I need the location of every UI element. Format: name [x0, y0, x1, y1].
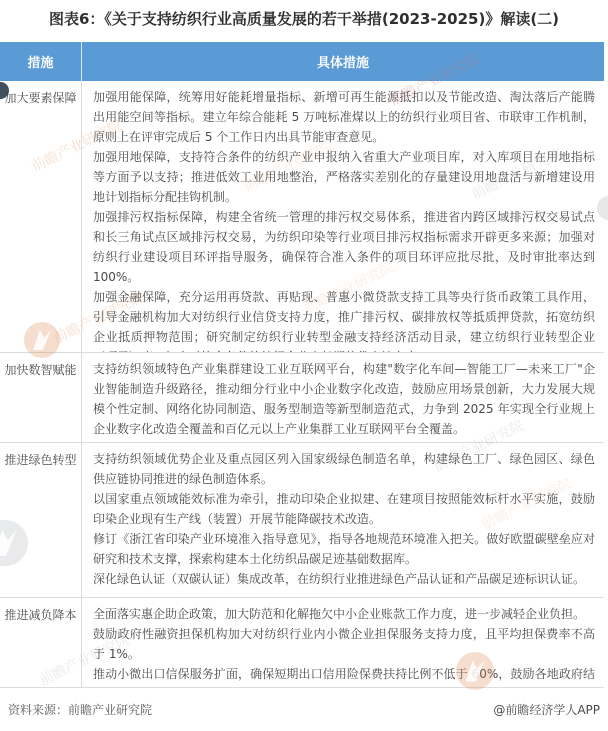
measure-cell: 加大要素保障 [0, 81, 82, 352]
detail-paragraph: 推动小微出口信保服务扩面，确保短期出口信用险保费扶持比例不低于 60%，鼓励各地… [93, 664, 595, 688]
measure-cell: 加快数智赋能 [0, 353, 82, 442]
figure-footer: 资料来源：前瞻产业研究院 @前瞻经济学人APP [0, 701, 608, 718]
detail-paragraph: 深化绿色认证（双碳认证）集成改革，在纺织行业推进绿色产品认证和产品碳足迹标识认证… [93, 569, 595, 589]
detail-paragraph: 加强用能保障，统筹用好能耗增量指标、新增可再生能源抵扣以及节能改造、淘汰落后产能… [93, 87, 595, 147]
source-note: 资料来源：前瞻产业研究院 [8, 701, 152, 718]
details-cell: 全面落实惠企助企政策，加大防范和化解拖欠中小企业账款工作力度，进一步减轻企业负担… [82, 598, 604, 687]
detail-paragraph: 支持纺织领域优势企业及重点园区列入国家级绿色制造名单，构建绿色工厂、绿色园区、绿… [93, 449, 595, 489]
table-row: 推进减负降本 全面落实惠企助企政策，加大防范和化解拖欠中小企业账款工作力度，进一… [0, 598, 604, 688]
details-cell: 支持纺织领域特色产业集群建设工业互联网平台，构建"数字化车间—智能工厂—未来工厂… [82, 353, 604, 442]
detail-paragraph: 鼓励政府性融资担保机构加大对纺织行业内小微企业担保服务支持力度，且平均担保费率不… [93, 624, 595, 664]
measure-cell: 推进减负降本 [0, 598, 82, 687]
figure-title: 图表6：《关于支持纺织行业高质量发展的若干举措(2023-2025)》解读(二) [0, 8, 608, 29]
measures-table: 措施 具体措施 加大要素保障 加强用能保障，统筹用好能耗增量指标、新增可再生能源… [0, 42, 604, 688]
header-cell-measure: 措施 [0, 42, 82, 81]
detail-paragraph: 全面落实惠企助企政策，加大防范和化解拖欠中小企业账款工作力度，进一步减轻企业负担… [93, 604, 595, 624]
table-header-row: 措施 具体措施 [0, 42, 604, 81]
details-cell: 支持纺织领域优势企业及重点园区列入国家级绿色制造名单，构建绿色工厂、绿色园区、绿… [82, 443, 604, 597]
measure-cell: 推进绿色转型 [0, 443, 82, 597]
table-row: 加快数智赋能 支持纺织领域特色产业集群建设工业互联网平台，构建"数字化车间—智能… [0, 353, 604, 443]
header-cell-details: 具体措施 [82, 52, 604, 71]
credit-note: @前瞻经济学人APP [493, 701, 600, 718]
details-cell: 加强用能保障，统筹用好能耗增量指标、新增可再生能源抵扣以及节能改造、淘汰落后产能… [82, 81, 604, 352]
detail-paragraph: 加强金融保障，充分运用再贷款、再贴现、普惠小微贷款支持工具等央行货币政策工具作用… [93, 287, 595, 353]
figure-page: 图表6：《关于支持纺织行业高质量发展的若干举措(2023-2025)》解读(二)… [0, 0, 608, 731]
detail-paragraph: 以国家重点领域能效标准为牵引，推动印染企业拟建、在建项目按照能效标杆水平实施，鼓… [93, 489, 595, 529]
detail-paragraph: 修订《浙江省印染产业环境准入指导意见》，指导各地规范环境准入把关。做好欧盟碳壁垒… [93, 529, 595, 569]
table-row: 推进绿色转型 支持纺织领域优势企业及重点园区列入国家级绿色制造名单，构建绿色工厂… [0, 443, 604, 598]
detail-paragraph: 加强用地保障，支持符合条件的纺织产业申报纳入省重大产业项目库，对入库项目在用地指… [93, 147, 595, 207]
table-row: 加大要素保障 加强用能保障，统筹用好能耗增量指标、新增可再生能源抵扣以及节能改造… [0, 81, 604, 353]
detail-paragraph: 支持纺织领域特色产业集群建设工业互联网平台，构建"数字化车间—智能工厂—未来工厂… [93, 359, 595, 439]
detail-paragraph: 加强排污权指标保障，构建全省统一管理的排污权交易体系，推进省内跨区域排污权交易试… [93, 207, 595, 287]
